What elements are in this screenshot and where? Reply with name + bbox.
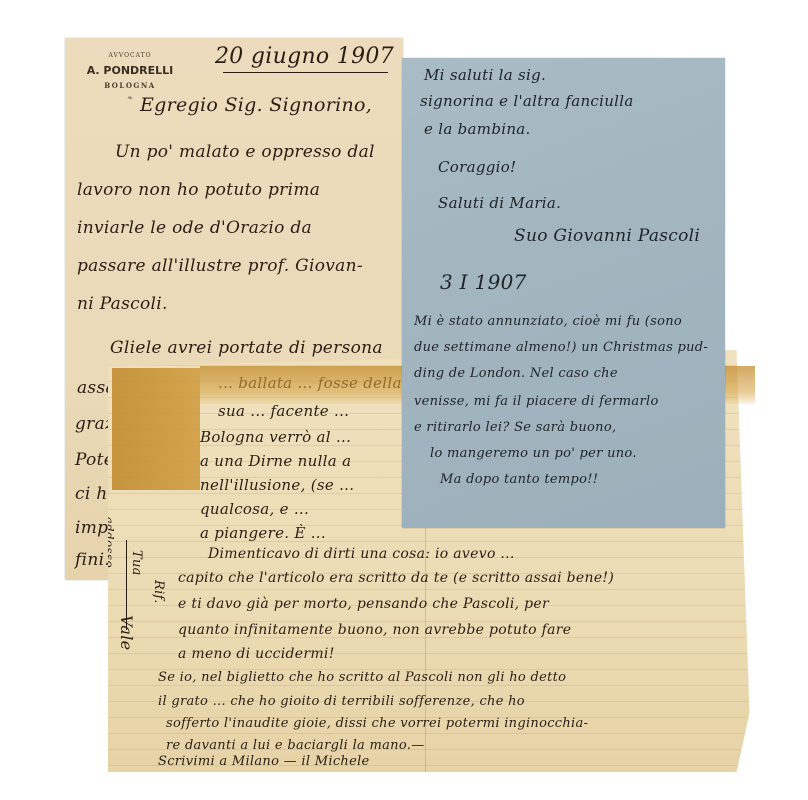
letterhead-name: A. PONDRELLI xyxy=(65,64,195,77)
margin-rule xyxy=(126,540,127,630)
body-line: Saluti di Maria. xyxy=(438,194,561,212)
body-line: capito che l'articolo era scritto da te … xyxy=(178,570,614,586)
body-line: Dimenticavo di dirti una cosa: io avevo … xyxy=(208,546,515,562)
body-line: fini. xyxy=(75,550,110,570)
letter-date: 3 I 1907 xyxy=(440,270,527,294)
salutation: Egregio Sig. Signorino, xyxy=(140,94,372,116)
letterhead-city: BOLOGNA xyxy=(65,81,195,90)
body-line: re davanti a lui e baciargli la mano.— xyxy=(166,738,425,753)
body-line: e la bambina. xyxy=(424,120,531,138)
body-line: Mi saluti la sig. xyxy=(424,66,546,84)
body-line: e ti davo già per morto, pensando che Pa… xyxy=(178,596,549,612)
date-underline xyxy=(223,72,388,73)
ornament-icon: ❧ xyxy=(123,94,137,102)
body-line: sua ... facente ... xyxy=(218,402,349,420)
letterhead-title: AVVOCATO xyxy=(65,52,195,59)
body-line: Un po' malato e oppresso dal xyxy=(115,142,375,162)
body-line: il grato ... che ho gioito di terribili … xyxy=(158,694,525,709)
signature: Suo Giovanni Pascoli xyxy=(514,226,700,246)
body-line: Gliele avrei portate di persona xyxy=(110,338,383,358)
letter-date: 20 giugno 1907 xyxy=(215,44,394,69)
margin-note: Tua xyxy=(129,550,144,576)
body-line: lavoro non ho potuto prima xyxy=(77,180,320,200)
body-line: e ritirarlo lei? Se sarà buono, xyxy=(414,420,616,435)
body-line: a una Dirne nulla a xyxy=(200,452,351,470)
body-line: Mi è stato annunziato, cioè mi fu (sono xyxy=(414,314,682,329)
body-line: Se io, nel biglietto che ho scritto al P… xyxy=(158,670,566,685)
body-line: a piangere. È ... xyxy=(200,524,326,542)
body-line: a meno di uccidermi! xyxy=(178,646,335,662)
body-line: due settimane almeno!) un Christmas pud- xyxy=(414,340,708,355)
body-line: ni Pascoli. xyxy=(77,294,168,314)
margin-note: Rif. xyxy=(151,580,166,604)
body-line: signorina e l'altra fanciulla xyxy=(420,92,634,110)
body-line: lo mangeremo un po' per uno. xyxy=(430,446,637,461)
body-line: Ma dopo tanto tempo!! xyxy=(440,472,598,487)
body-line: venisse, mi fa il piacere di fermarlo xyxy=(414,394,659,409)
body-line: ding de London. Nel caso che xyxy=(414,366,618,381)
letter-pascoli: Mi saluti la sig. signorina e l'altra fa… xyxy=(402,58,725,528)
closing-line: Scrivimi a Milano — il Michele xyxy=(158,754,370,769)
body-line: inviarle le ode d'Orazio da xyxy=(77,218,312,238)
body-line: Coraggio! xyxy=(438,158,516,176)
body-line: qualcosa, e ... xyxy=(200,500,309,518)
body-line: nell'illusione, (se ... xyxy=(200,476,354,494)
tape-vertical xyxy=(112,368,200,490)
body-line: quanto infinitamente buono, non avrebbe … xyxy=(178,622,571,638)
body-line: Bologna verrò al ... xyxy=(200,428,351,446)
body-line: sofferto l'inaudite gioie, dissi che vor… xyxy=(166,716,588,731)
body-line: passare all'illustre prof. Giovan- xyxy=(77,256,363,276)
